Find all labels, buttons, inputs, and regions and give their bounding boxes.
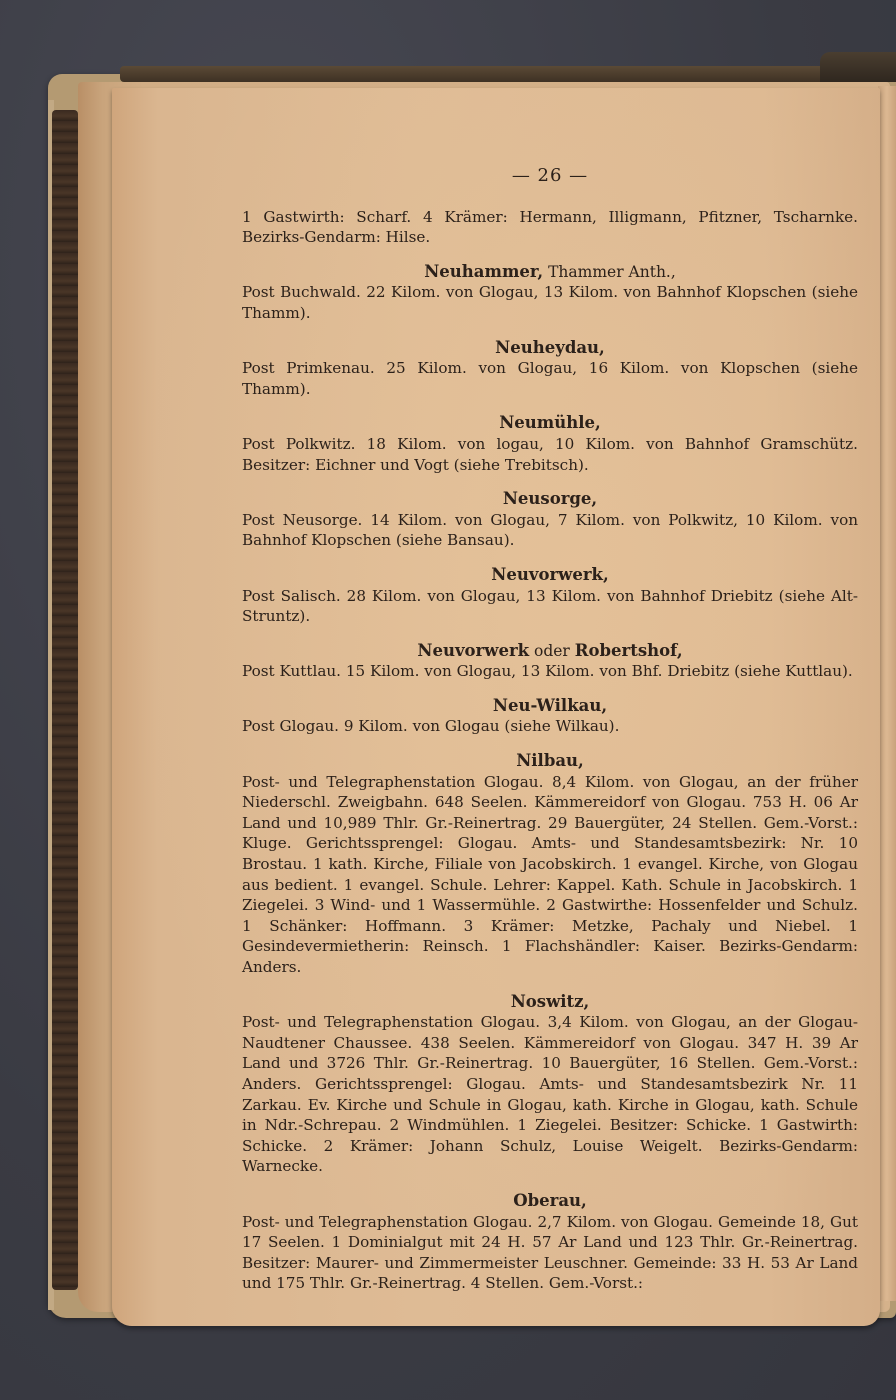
title-connector: oder — [529, 642, 575, 660]
entry-body: Post Neusorge. 14 Kilom. von Glogau, 7 K… — [242, 510, 858, 551]
page-number: — 26 — — [242, 166, 858, 187]
entry-body: Post Buchwald. 22 Kilom. von Glogau, 13 … — [242, 282, 858, 323]
place-name: Oberau, — [513, 1191, 587, 1210]
book-spine — [52, 110, 78, 1290]
place-name-alt: Robertshof, — [575, 641, 683, 660]
place-name: Neumühle, — [499, 413, 601, 432]
page-right-edge — [878, 86, 896, 1301]
entry-title: Neusorge, — [242, 489, 858, 510]
entry-neuvorwerk-robertshof: Neuvorwerk oder Robertshof, Post Kuttlau… — [242, 641, 858, 682]
entry-title: Nilbau, — [242, 751, 858, 772]
entry-body: Post- und Telegraphenstation Glogau. 3,4… — [242, 1012, 858, 1177]
entry-title: Neuhammer, Thammer Anth., — [242, 262, 858, 283]
entry-title: Oberau, — [242, 1191, 858, 1212]
place-name: Neu-Wilkau, — [493, 696, 607, 715]
entry-neumuehle: Neumühle, Post Polkwitz. 18 Kilom. von l… — [242, 413, 858, 475]
place-name: Neusorge, — [503, 489, 597, 508]
entry-body: Post Polkwitz. 18 Kilom. von logau, 10 K… — [242, 434, 858, 475]
entry-neuhammer: Neuhammer, Thammer Anth., Post Buchwald.… — [242, 262, 858, 324]
entry-neuvorwerk: Neuvorwerk, Post Salisch. 28 Kilom. von … — [242, 565, 858, 627]
entry-neusorge: Neusorge, Post Neusorge. 14 Kilom. von G… — [242, 489, 858, 551]
entry-neuheydau: Neuheydau, Post Primkenau. 25 Kilom. von… — [242, 338, 858, 400]
entry-title: Neuheydau, — [242, 338, 858, 359]
entry-title: Neu-Wilkau, — [242, 696, 858, 717]
torn-corner — [820, 52, 896, 82]
entry-body: Post- und Telegraphenstation Glogau. 8,4… — [242, 772, 858, 978]
place-name: Neuvorwerk, — [491, 565, 608, 584]
entry-body: Post Salisch. 28 Kilom. von Glogau, 13 K… — [242, 586, 858, 627]
entry-title: Neuvorwerk, — [242, 565, 858, 586]
page-text: — 26 — 1 Gastwirth: Scharf. 4 Krämer: He… — [242, 166, 858, 1308]
entry-neu-wilkau: Neu-Wilkau, Post Glogau. 9 Kilom. von Gl… — [242, 696, 858, 737]
torn-top-edge — [120, 66, 896, 82]
entry-noswitz: Noswitz, Post- und Telegraphenstation Gl… — [242, 992, 858, 1177]
entry-body: Post Kuttlau. 15 Kilom. von Glogau, 13 K… — [242, 661, 858, 682]
continuation-paragraph: 1 Gastwirth: Scharf. 4 Krämer: Hermann, … — [242, 207, 858, 248]
place-name: Noswitz, — [511, 992, 590, 1011]
place-name: Nilbau, — [516, 751, 584, 770]
entry-oberau: Oberau, Post- und Telegraphenstation Glo… — [242, 1191, 858, 1294]
place-name: Neuheydau, — [495, 338, 605, 357]
entry-body: Post- und Telegraphenstation Glogau. 2,7… — [242, 1212, 858, 1294]
entry-title: Neuvorwerk oder Robertshof, — [242, 641, 858, 662]
place-name: Neuhammer, — [424, 262, 543, 281]
entry-title: Noswitz, — [242, 992, 858, 1013]
place-name-suffix: Thammer Anth., — [543, 263, 676, 281]
entry-title: Neumühle, — [242, 413, 858, 434]
place-name: Neuvorwerk — [417, 641, 529, 660]
continuation-text: 1 Gastwirth: Scharf. 4 Krämer: Hermann, … — [242, 207, 858, 248]
entry-body: Post Primkenau. 25 Kilom. von Glogau, 16… — [242, 358, 858, 399]
entry-body: Post Glogau. 9 Kilom. von Glogau (siehe … — [242, 716, 858, 737]
entry-nilbau: Nilbau, Post- und Telegraphenstation Glo… — [242, 751, 858, 978]
